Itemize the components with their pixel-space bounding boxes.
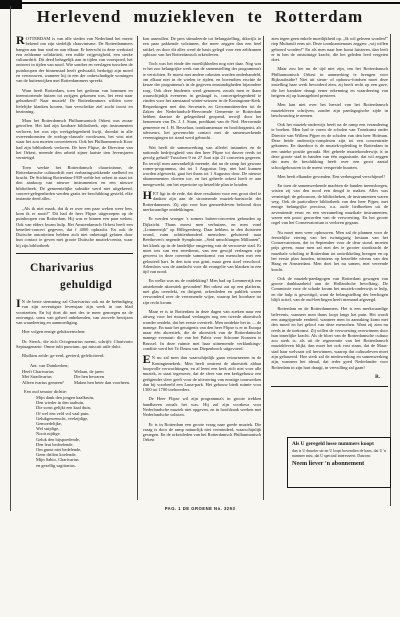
drop-cap: H (143, 191, 153, 201)
page-border-right (390, 34, 391, 506)
paragraph: Toen werkte het Rotterdamsch chauvinisme… (16, 165, 133, 202)
article-column-2: kon aanvullen. De pers stimuleerde tot b… (143, 36, 262, 502)
paragraph: Men heeft elkander gevonden. Een verheug… (271, 174, 388, 179)
subscription-box: Als U geregeld losse nummers koopt dan i… (287, 437, 391, 488)
paragraph: kon aanvullen. De pers stimuleerde tot b… (143, 36, 262, 57)
article-column-1: ROTTERDAM is van alle steden van Nederla… (16, 36, 133, 502)
paragraph: Men kan niet over het herstel van het Ro… (271, 102, 388, 118)
article-columns: ROTTERDAM is van alle steden van Nederla… (16, 36, 388, 502)
paragraph: „Als ik niet maak, dat ik er over een pa… (16, 206, 133, 248)
paragraph: Maar zou het nu de tijd niet zijn, om he… (271, 66, 388, 98)
subscription-box-body: dan is U duurder uit en U loopt bovendie… (292, 449, 386, 458)
paragraph: ROTTERDAM is van alle steden van Nederla… (16, 36, 133, 84)
paragraph: Toch was het einde der moeilijkheden nog… (143, 61, 262, 140)
verse-intro: Een oud senator dichtte: (24, 389, 133, 394)
drop-cap: R (16, 36, 26, 46)
paragraph: En toen de samenwerkende machten de hand… (271, 183, 388, 225)
paragraph: Ook de muziek-paedagogen van Rotterdam g… (271, 276, 388, 302)
paragraph: Rotterdam en de Rotterdammers. Het is ee… (271, 306, 388, 370)
drop-cap: I (16, 299, 22, 309)
paragraph: Er is in Rotterdam een groote vraag naar… (143, 422, 262, 443)
verse-right: Maken hen beter dan voorheen. (74, 380, 133, 385)
page-top-rule (0, 2, 400, 4)
section-heading: Charivariusgehuldigd (16, 261, 133, 292)
paragraph: Waar heeft Rotterdam, toen het gedreun v… (16, 88, 133, 114)
paragraph: Wat heeft de samenwerking van allerlei i… (143, 145, 262, 187)
paragraph: EN nu zal men dan waarschijnlijk gaan re… (143, 355, 262, 392)
paragraph: En welke was nu de ontdekking? Men had o… (143, 278, 262, 304)
paragraph: IN de beste stemming zal Charivarius ook… (16, 299, 133, 325)
paragraph: Ook het muziek-onderwijs heeft na de ram… (271, 122, 388, 170)
text-line: Hier volgen eenige gelukwenschen: (16, 329, 133, 334)
verse-block: Een oud senator dichtte:Mijn dank den jo… (16, 389, 133, 468)
paragraph: Blufkins zeide: ge-eerd, gevierd, gefeli… (16, 353, 133, 358)
paragraph: Nu moet men weer opbouwen. Men zal de pl… (271, 230, 388, 272)
section-heading-line-2: gehuldigd (60, 278, 133, 292)
footer-pagination: PAG. 1 DE GROENE No. 3293 (0, 506, 400, 511)
drop-cap: E (143, 355, 152, 365)
paragraph: De Heer Flipse wil zijn programma's in g… (143, 396, 262, 417)
verse-left: Alleen ivarius gemeen? (22, 380, 74, 385)
section-rule (271, 386, 388, 387)
newspaper-page: Herlevend muziekleven te Rotterdam ROTTE… (0, 0, 400, 617)
subscription-box-cta: Neem liever 'n abonnement (292, 460, 386, 467)
section-heading-line-1: Charivarius (30, 261, 133, 275)
paragraph: Er werden vroeger 's zomers buiten-conce… (143, 216, 262, 274)
paragraph: HET ligt in de rede, dat deze resultaten… (143, 191, 262, 212)
paragraph: zien tegen geen enkele moeilijkheid op. … (271, 36, 388, 62)
verse-intro: Ant. van Duinkerken; (30, 363, 133, 368)
page-title: Herlevend muziekleven te Rotterdam (0, 7, 400, 27)
verse-pair-row: Alleen ivarius gemeen?Maken hen beter da… (16, 380, 133, 385)
article-column-3: zien tegen geen enkele moeilijkheid op. … (271, 36, 388, 502)
paragraph: Maar het Rotterdamsch Philharmonisch Ork… (16, 118, 133, 160)
paragraph: Dr. Sterck, die zich Octogenarius noemt,… (16, 339, 133, 350)
subscription-box-headline: Als U geregeld losse nummers koopt (292, 441, 386, 447)
verse-pairs: Ant. van Duinkerken;Heeft CharivariusWel… (16, 363, 133, 385)
verse-line: en gezellig sagittarius. (36, 463, 133, 468)
paragraph: Maar er is in Rotterdam in deze dagen va… (143, 309, 262, 351)
section-rule (16, 253, 133, 254)
signature: R. (271, 375, 388, 380)
page-border-left (10, 6, 11, 511)
